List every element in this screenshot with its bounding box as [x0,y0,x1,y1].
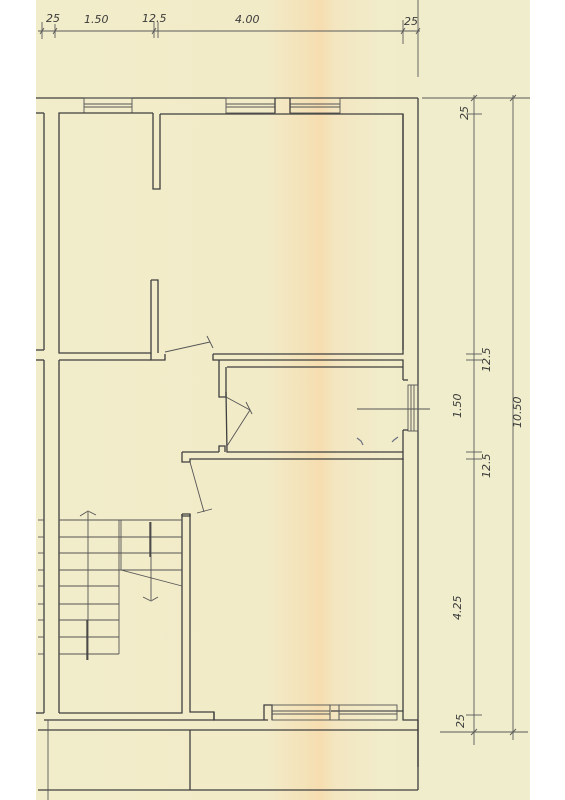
door-leaf-upper [165,342,210,352]
stair-down-arrow-icon [143,522,158,601]
stair-treads [59,520,182,654]
dim-right-12-5-lower: 12.5 [480,454,493,479]
floor-plan-drawing: 25 1.50 12.5 4.00 25 [0,0,565,800]
wall-stub [219,446,225,452]
dim-right-150: 1.50 [451,394,464,419]
dim-right-12-5-upper: 12.5 [480,348,493,373]
window-side-middle [403,380,418,431]
door-jamb-left [151,353,165,360]
neighbor-wall-ticks [38,520,44,654]
partition-stub-bottom [151,280,158,353]
upper-left-room [59,113,153,353]
dim-top-150: 1.50 [84,13,109,26]
dim-top-25-left: 25 [46,12,60,25]
window-top-right-b [290,98,340,113]
dim-top-25-right: 25 [404,15,418,28]
door-leaf-middle-b [227,410,250,446]
door-leaf-lower [190,462,204,512]
door-swing-tick-lower [197,509,212,513]
ink-smudges [357,437,398,445]
stair-hall [44,514,214,720]
dim-top-12-5: 12.5 [142,12,167,25]
lower-right-room [182,452,418,720]
door-jamb-right [213,354,219,360]
ground-outline [38,720,418,800]
door-swing-tick [207,336,213,348]
top-dimension-chain [38,0,420,77]
dim-right-total-1050: 10.50 [511,397,524,429]
door-jamb-lower [182,514,190,516]
upper-right-room [160,114,403,354]
window-bottom [264,705,397,720]
window-top-left [84,98,132,113]
dim-right-25-bottom: 25 [454,714,467,728]
stair-up-arrow-icon [80,511,96,660]
window-top-right-a [226,98,275,113]
dim-right-25-top: 25 [458,106,471,120]
dim-top-400: 4.00 [235,13,260,26]
partition-stub-top [153,113,160,189]
middle-small-room [219,360,403,460]
dim-right-425: 4.25 [451,596,464,621]
